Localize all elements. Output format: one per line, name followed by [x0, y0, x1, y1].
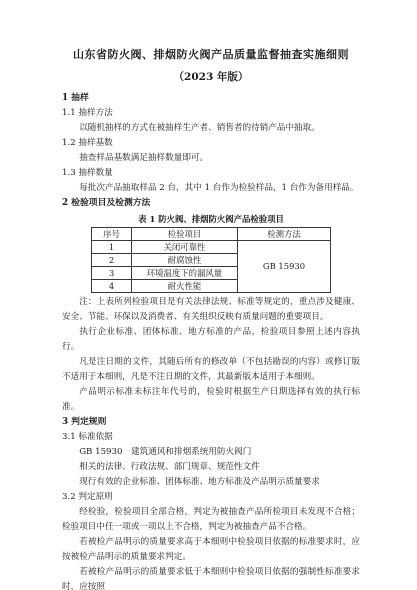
judgment-paragraph: 经检验，检验项目全部合格，判定为被抽查产品所检项目未发现不合格；检验项目中任一项… [62, 505, 360, 535]
standard-reference-item: 相关的法律、行政法规、部门规章、规范性文件 [62, 460, 360, 475]
standard-reference-item: 现行有效的企业标准、团体标准、地方标准及产品明示质量要求 [62, 475, 360, 490]
inspection-items-table: 序号 检验项目 检测方法 1 关闭可靠性 GB 15930 2 耐腐蚀性 3 环… [91, 227, 331, 293]
table-header-method: 检测方法 [238, 228, 331, 241]
table-cell-item: 耐腐蚀性 [132, 254, 238, 267]
note-paragraph: 凡是注日期的文件，其随后所有的修改单（不包括勘误的内容）或修订版不适用于本细则，… [62, 355, 360, 385]
section-1-3-heading: 1.3 抽样数量 [62, 166, 360, 181]
table-row: 1 关闭可靠性 GB 15930 [92, 241, 331, 254]
section-1-heading: 1 抽样 [62, 91, 360, 106]
table-cell-item: 耐火性能 [132, 280, 238, 293]
table-cell-no: 2 [92, 254, 132, 267]
table-cell-no: 4 [92, 280, 132, 293]
table-cell-item: 环境温度下的漏风量 [132, 267, 238, 280]
section-3-2-heading: 3.2 判定原则 [62, 490, 360, 505]
section-1-1-text: 以随机抽样的方式在被抽样生产者、销售者的待销产品中抽取。 [62, 121, 360, 136]
table-caption: 表 1 防火阀、排烟防火阀产品检验项目 [62, 213, 360, 226]
doc-title: 山东省防火阀、排烟防火阀产品质量监督抽查实施细则 [62, 47, 360, 62]
judgment-paragraph: 若被检产品明示的质量要求低于本细则中检验项目依据的强制性标准要求时，应按照 [62, 565, 360, 590]
section-1-3-text: 每批次产品抽取样品 2 台，其中 1 台作为检验样品，1 台作为备用样品。 [62, 181, 360, 196]
table-cell-item: 关闭可靠性 [132, 241, 238, 254]
section-3-heading: 3 判定规则 [62, 415, 360, 430]
note-paragraph: 执行企业标准、团体标准、地方标准的产品，检验项目参照上述内容执行。 [62, 325, 360, 355]
table-cell-no: 1 [92, 241, 132, 254]
section-1-1-heading: 1.1 抽样方法 [62, 106, 360, 121]
section-1-2-text: 抽查样品基数满足抽样数量即可。 [62, 151, 360, 166]
table-cell-method: GB 15930 [238, 241, 331, 293]
document-page: 山东省防火阀、排烟防火阀产品质量监督抽查实施细则 （2023 年版） 1 抽样 … [0, 0, 417, 590]
note-paragraph: 注：上表所列检验项目是有关法律法规、标准等规定的，重点涉及健康、安全、节能、环保… [62, 295, 360, 325]
doc-subtitle: （2023 年版） [62, 70, 360, 84]
section-3-1-heading: 3.1 标准依据 [62, 430, 360, 445]
section-2-heading: 2 检验项目及检测方法 [62, 196, 360, 211]
standard-reference-item: GB 15930 建筑通风和排烟系统用防火阀门 [62, 445, 360, 460]
table-header-no: 序号 [92, 228, 132, 241]
table-cell-no: 3 [92, 267, 132, 280]
judgment-paragraph: 若被检产品明示的质量要求高于本细则中检验项目依据的标准要求时，应按被检产品明示的… [62, 535, 360, 565]
table-header-row: 序号 检验项目 检测方法 [92, 228, 331, 241]
section-1-2-heading: 1.2 抽样基数 [62, 136, 360, 151]
table-header-item: 检验项目 [132, 228, 238, 241]
note-paragraph: 产品明示标准未标注年代号的，检验时根据生产日期选择有效的执行标准。 [62, 385, 360, 415]
